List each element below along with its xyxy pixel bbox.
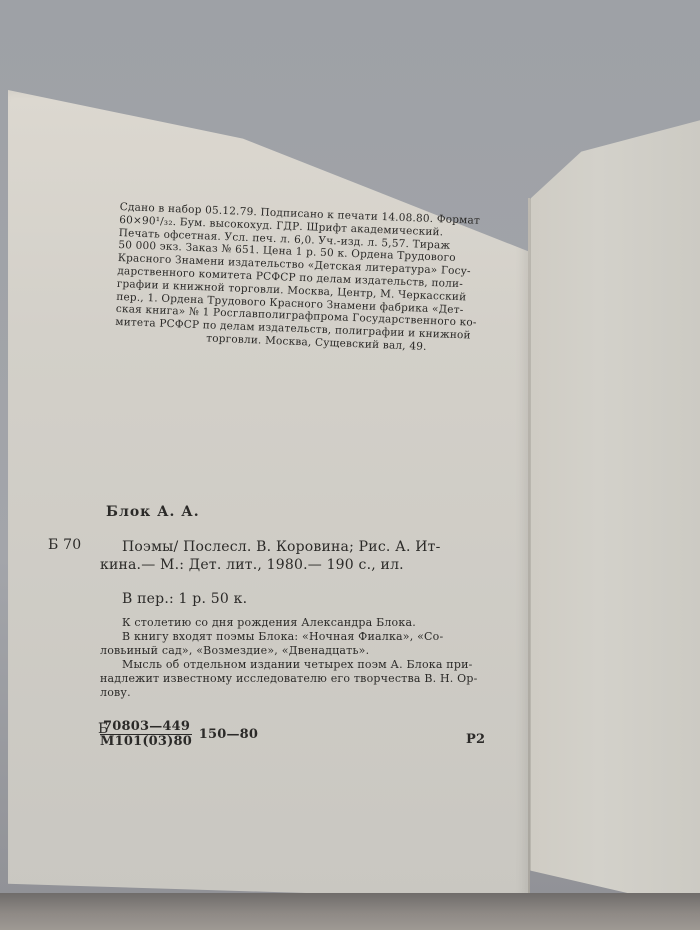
photo-scene: Сдано в набор 05.12.79. Подписано к печа… xyxy=(0,0,700,930)
catalog-description: Поэмы/ Послесл. В. Коровина; Рис. А. Ит-… xyxy=(100,538,480,574)
description-line: кина.— М.: Дет. лит., 1980.— 190 с., ил. xyxy=(100,556,480,574)
code-denominator: М101(03)80 xyxy=(100,735,192,748)
annotation-line: К столетию со дня рождения Александра Бл… xyxy=(100,616,480,630)
code-letter: Б xyxy=(98,723,109,736)
code-suffix: 150—80 xyxy=(199,728,258,741)
code-numerator: 70803—449 xyxy=(100,720,192,735)
table-surface xyxy=(0,893,700,930)
classification-code: Б 70803—449 М101(03)80 150—80 xyxy=(100,720,258,748)
annotation-block: К столетию со дня рождения Александра Бл… xyxy=(100,616,480,700)
right-page xyxy=(530,120,700,910)
annotation-line: В книгу входят поэмы Блока: «Ночная Фиал… xyxy=(100,630,480,644)
catalog-author: Блок А. А. xyxy=(106,506,200,519)
annotation-line: лову. xyxy=(100,686,480,700)
index-code: Р2 xyxy=(466,733,485,746)
book-gutter xyxy=(528,198,530,898)
catalog-price: В пер.: 1 р. 50 к. xyxy=(122,593,247,606)
code-fraction: 70803—449 М101(03)80 xyxy=(100,720,192,748)
imprint-block: Сдано в набор 05.12.79. Подписано к печа… xyxy=(115,201,482,356)
annotation-line: надлежит известному исследователю его тв… xyxy=(100,672,480,686)
annotation-line: ловьиный сад», «Возмездие», «Двенадцать»… xyxy=(100,644,480,658)
annotation-line: Мысль об отдельном издании четырех поэм … xyxy=(100,658,480,672)
catalog-shelfmark: Б 70 xyxy=(48,539,81,552)
description-line: Поэмы/ Послесл. В. Коровина; Рис. А. Ит- xyxy=(100,538,480,556)
